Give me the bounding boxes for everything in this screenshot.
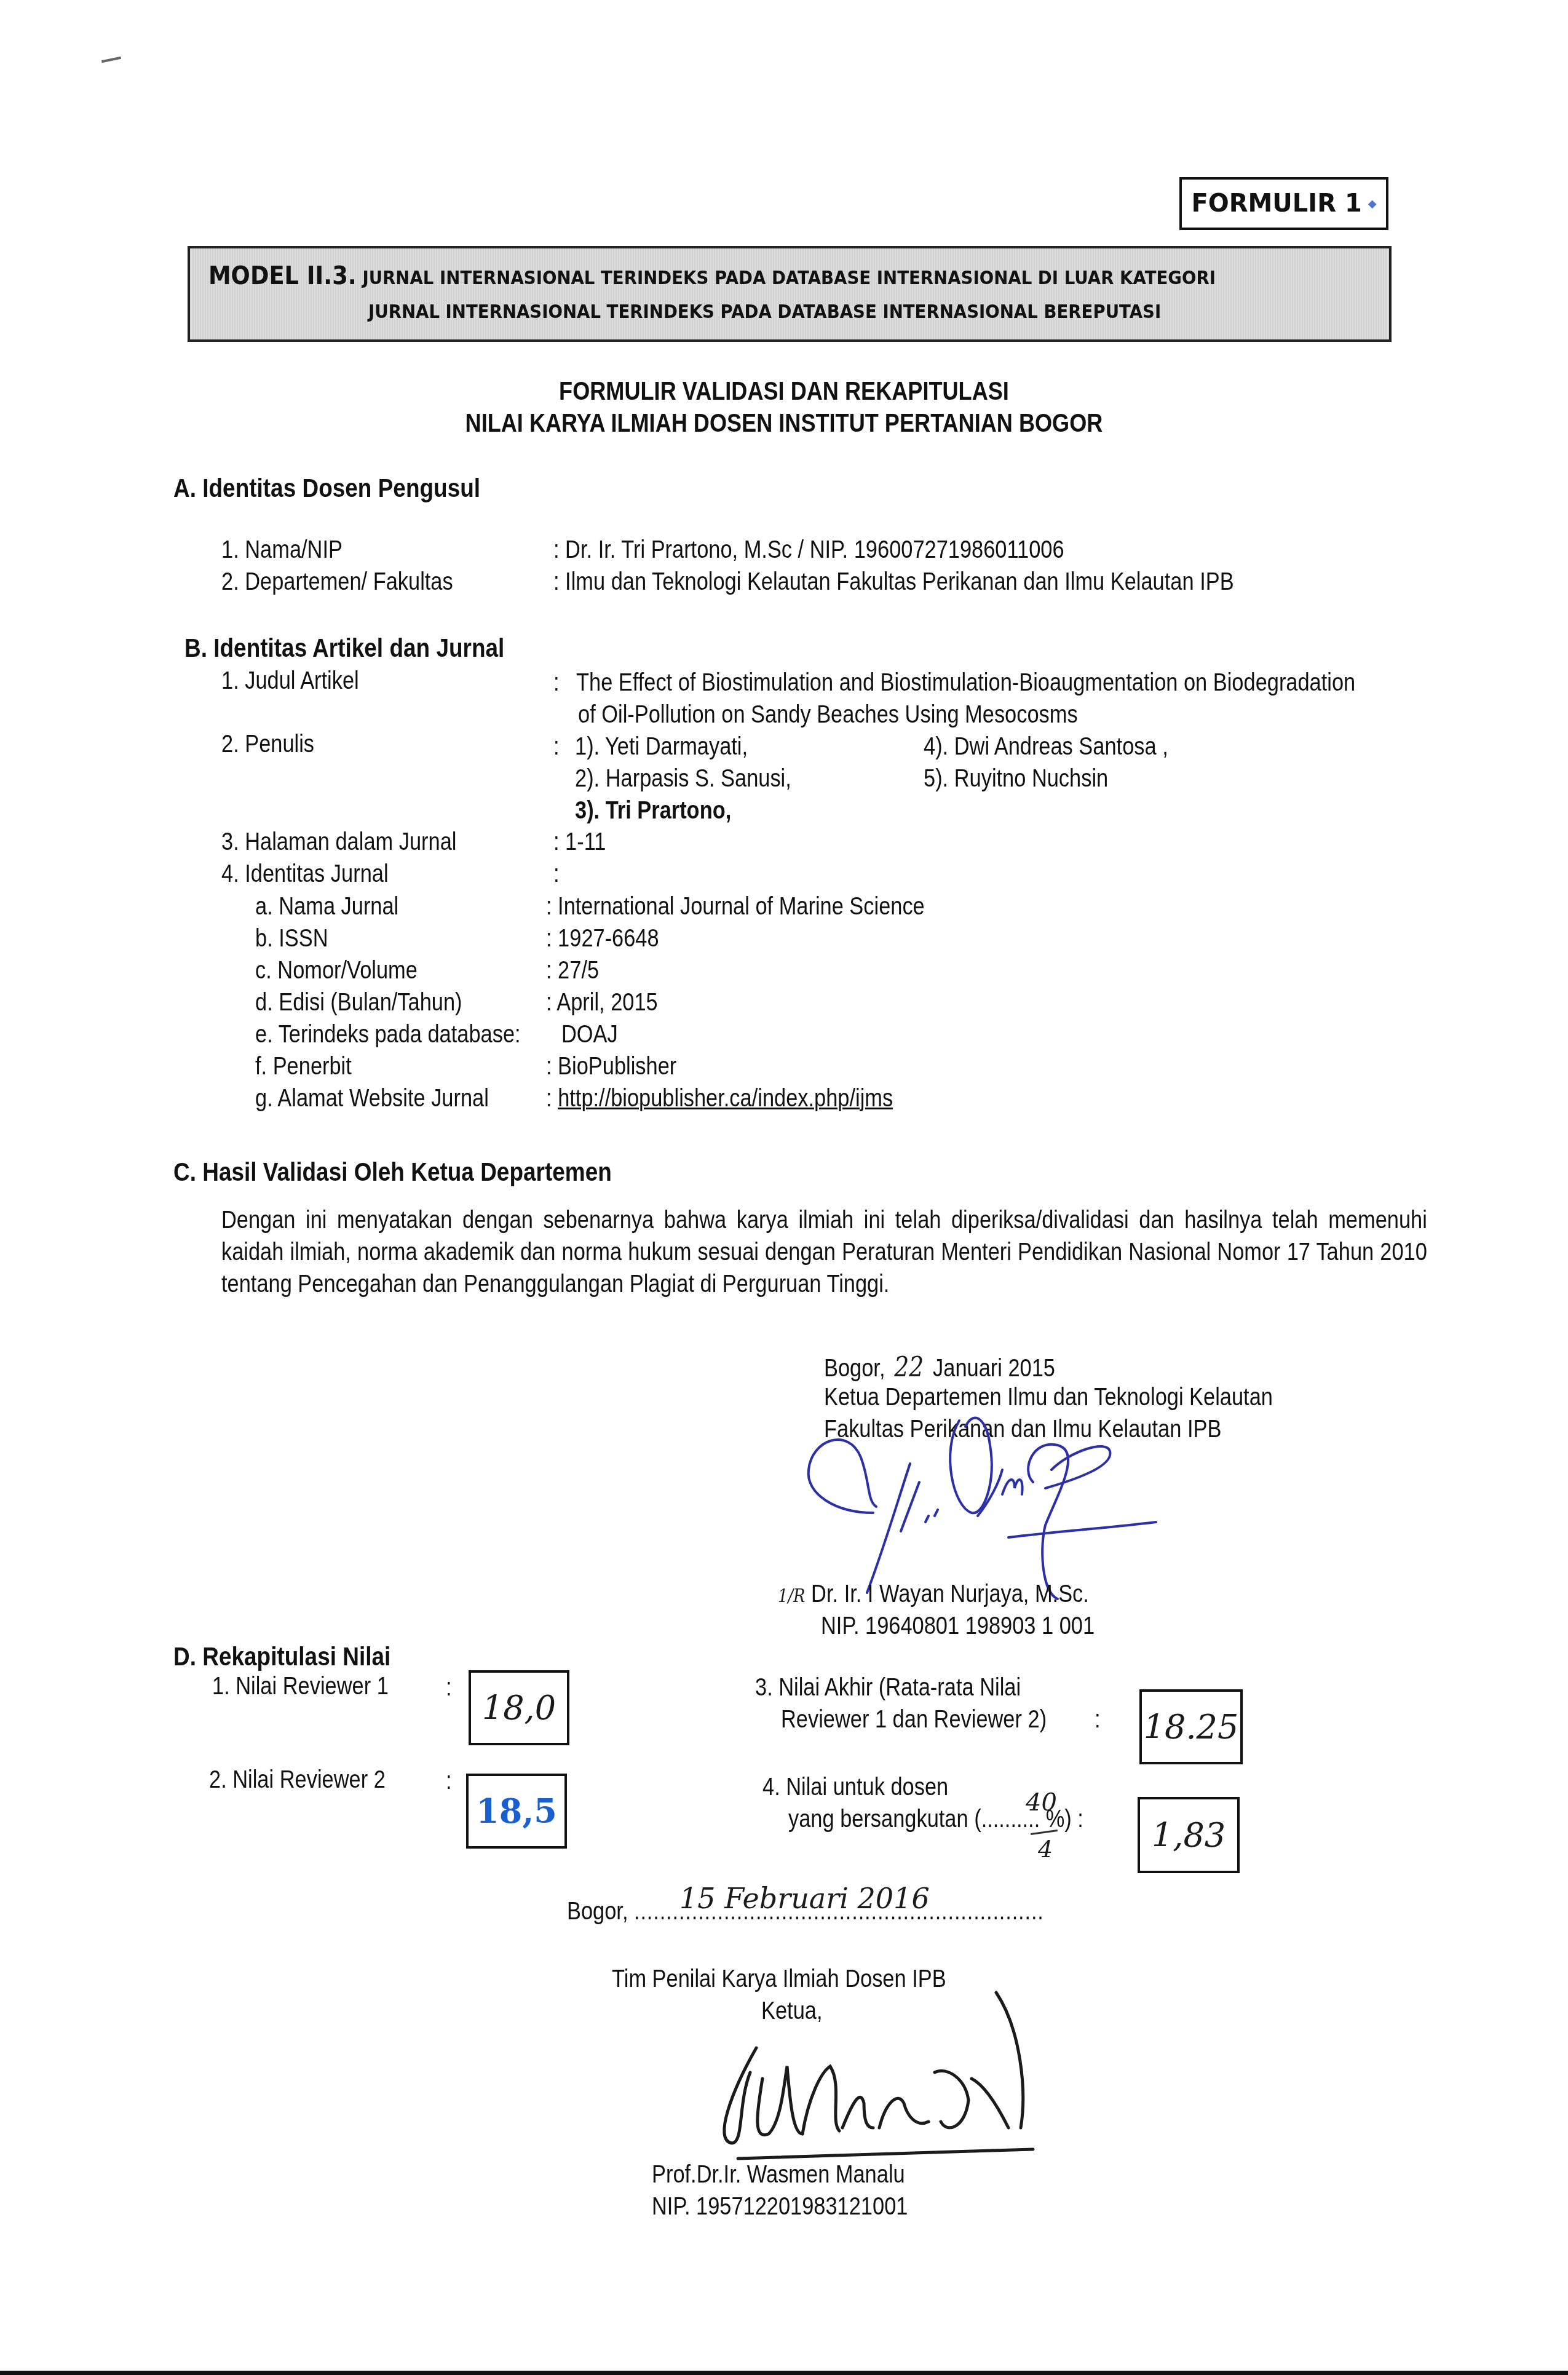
reviewer1-score-box: 18,0 [469, 1670, 569, 1745]
nomor-volume-label: c. Nomor/Volume [255, 957, 418, 985]
section-a-heading: A. Identitas Dosen Pengusul [173, 474, 480, 503]
dosen-divisor-handwritten: 4 [1038, 1836, 1053, 1863]
nama-nip-value: : Dr. Ir. Tri Prartono, M.Sc / NIP. 1960… [553, 536, 1064, 564]
team-chair-name: Prof.Dr.Ir. Wasmen Manalu [652, 2161, 905, 2189]
model-line1: JURNAL INTERNASIONAL TERINDEKS PADA DATA… [362, 268, 1216, 289]
closing-place: Bogor, [567, 1898, 628, 1925]
dosen-score-label-pre: yang bersangkutan ( [788, 1806, 981, 1833]
dosen-score: 1,83 [1152, 1816, 1225, 1855]
judul-line1: The Effect of Biostimulation and Biostim… [576, 669, 1355, 697]
reviewer1-colon: : [446, 1674, 452, 1702]
penerbit-label: f. Penerbit [255, 1053, 352, 1080]
reviewer1-label: 1. Nilai Reviewer 1 [212, 1673, 389, 1700]
reviewer1-score: 18,0 [482, 1689, 556, 1727]
nomor-volume-value: : 27/5 [546, 957, 599, 985]
author-3: 3). Tri Prartono, [575, 797, 731, 825]
final-score-box: 18.25 [1139, 1689, 1243, 1764]
section-c-heading: C. Hasil Validasi Oleh Ketua Departemen [173, 1157, 612, 1187]
reviewer2-label: 2. Nilai Reviewer 2 [209, 1766, 386, 1794]
final-score-label-line1: 3. Nilai Akhir (Rata-rata Nilai [755, 1674, 1021, 1702]
issn-label: b. ISSN [255, 925, 328, 953]
scan-edge [0, 2371, 1568, 2375]
nama-jurnal-label: a. Nama Jurnal [255, 893, 398, 921]
section-d-heading: D. Rekapitulasi Nilai [173, 1642, 390, 1671]
section-b-heading: B. Identitas Artikel dan Jurnal [184, 633, 504, 663]
validation-date-rest: Januari 2015 [933, 1355, 1055, 1382]
dosen-score-label-line1: 4. Nilai untuk dosen [762, 1774, 948, 1801]
formulir-label: FORMULIR 1 [1191, 189, 1361, 218]
author-5: 5). Ruyitno Nuchsin [924, 765, 1108, 793]
reviewer2-score: 18,5 [476, 1791, 557, 1831]
signature-department-head [799, 1402, 1181, 1605]
team-chair-nip: NIP. 195712201983121001 [652, 2193, 908, 2221]
edisi-value: : April, 2015 [546, 989, 658, 1017]
issn-value: : 1927-6648 [546, 925, 659, 953]
formulir-badge: FORMULIR 1 ◆ [1179, 177, 1388, 230]
validation-statement: Dengan ini menyatakan dengan sebenarnya … [221, 1204, 1427, 1300]
author-2: 2). Harpasis S. Sanusi, [575, 765, 791, 793]
signature-team-chair [676, 1980, 1045, 2183]
departemen-value: : Ilmu dan Teknologi Kelautan Fakultas P… [553, 568, 1234, 596]
dosen-score-box: 1,83 [1138, 1797, 1240, 1873]
website-label: g. Alamat Website Jurnal [255, 1085, 489, 1112]
final-score-label-line2: Reviewer 1 dan Reviewer 2) [781, 1706, 1047, 1734]
model-line2: JURNAL INTERNASIONAL TERINDEKS PADA DATA… [368, 301, 1161, 323]
halaman-value: : 1-11 [553, 828, 606, 856]
penulis-label: 2. Penulis [221, 731, 314, 758]
judul-line2: of Oil-Pollution on Sandy Beaches Using … [578, 701, 1078, 729]
judul-label: 1. Judul Artikel [221, 667, 359, 695]
validation-place: Bogor, [824, 1355, 885, 1382]
author-1: 1). Yeti Darmayati, [575, 733, 748, 761]
judul-colon: : [553, 669, 560, 697]
nama-nip-label: 1. Nama/NIP [221, 536, 343, 564]
model-code: MODEL II.3. [208, 262, 357, 290]
terindeks-value: DOAJ [561, 1021, 618, 1049]
identitas-jurnal-label: 4. Identitas Jurnal [221, 860, 389, 888]
terindeks-label: e. Terindeks pada database: [255, 1021, 521, 1049]
page-title: FORMULIR VALIDASI DAN REKAPITULASI [110, 376, 1459, 406]
halaman-label: 3. Halaman dalam Jurnal [221, 828, 456, 856]
website-colon: : [546, 1085, 552, 1112]
final-score: 18.25 [1144, 1708, 1239, 1747]
page-subtitle: NILAI KARYA ILMIAH DOSEN INSTITUT PERTAN… [110, 408, 1459, 438]
penerbit-value: : BioPublisher [546, 1053, 676, 1080]
signer-initial-handwritten: 1/R [778, 1585, 806, 1607]
final-score-colon: : [1095, 1706, 1101, 1734]
identitas-jurnal-colon: : [553, 860, 560, 888]
model-header: MODEL II.3. JURNAL INTERNASIONAL TERINDE… [188, 246, 1392, 342]
reviewer2-colon: : [446, 1767, 452, 1795]
author-4: 4). Dwi Andreas Santosa , [924, 733, 1168, 761]
department-head-nip: NIP. 19640801 198903 1 001 [821, 1612, 1095, 1640]
departemen-label: 2. Departemen/ Fakultas [221, 568, 453, 596]
scan-mark [101, 57, 121, 63]
penulis-colon: : [553, 733, 560, 761]
ink-mark: ◆ [1368, 197, 1377, 210]
reviewer2-score-box: 18,5 [466, 1774, 567, 1849]
website-link[interactable]: http://biopublisher.ca/index.php/ijms [558, 1085, 893, 1112]
closing-date-handwritten: 15 Februari 2016 [679, 1882, 930, 1915]
nama-jurnal-value: : International Journal of Marine Scienc… [546, 893, 925, 921]
validation-day-handwritten: 22 [894, 1352, 924, 1383]
department-head-name: Dr. Ir. I Wayan Nurjaya, M.Sc. [811, 1580, 1089, 1608]
edisi-label: d. Edisi (Bulan/Tahun) [255, 989, 462, 1017]
dosen-percent-handwritten: 40 [1026, 1788, 1057, 1817]
